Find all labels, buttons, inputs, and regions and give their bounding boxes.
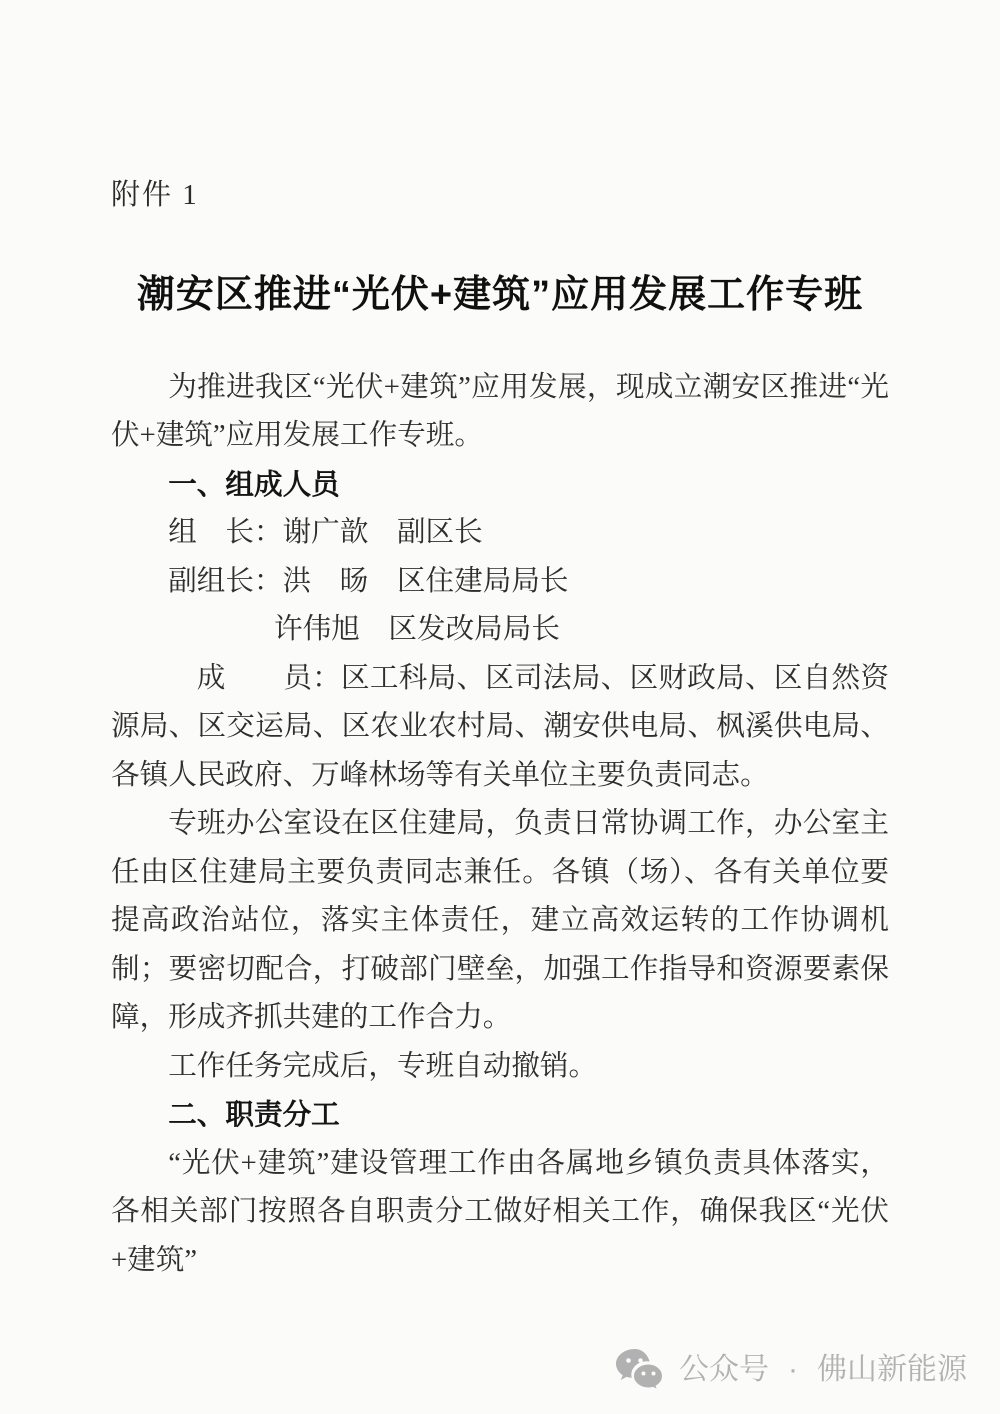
office-paragraph: 专班办公室设在区住建局，负责日常协调工作，办公室主任由区住建局主要负责同志兼任。…: [111, 800, 889, 1043]
wechat-footer-badge: 公众号 · 佛山新能源: [614, 1348, 967, 1392]
document-body: 为推进我区“光伏+建筑”应用发展，现成立潮安区推进“光伏+建筑”应用发展工作专班…: [111, 364, 889, 1286]
duties-paragraph: “光伏+建筑”建设管理工作由各属地乡镇负责具体落实，各相关部门按照各自职责分工做…: [111, 1140, 889, 1286]
deputy-leader-line-2: 许伟旭 区发改局局长: [111, 606, 889, 655]
section-heading-1: 一、组成人员: [111, 461, 889, 510]
wechat-account-label: 公众号: [679, 1355, 769, 1385]
wechat-account-name: 佛山新能源: [817, 1355, 967, 1385]
intro-paragraph: 为推进我区“光伏+建筑”应用发展，现成立潮安区推进“光伏+建筑”应用发展工作专班…: [111, 364, 889, 461]
dissolve-paragraph: 工作任务完成后，专班自动撤销。: [111, 1043, 889, 1092]
footer-separator: ·: [782, 1355, 804, 1385]
document-page: 附件 1 潮安区推进“光伏+建筑”应用发展工作专班 为推进我区“光伏+建筑”应用…: [0, 0, 1000, 1414]
deputy-leader-line-1: 副组长：洪 旸 区住建局局长: [111, 558, 889, 607]
section-heading-2: 二、职责分工: [111, 1091, 889, 1140]
attachment-label: 附件 1: [111, 181, 889, 210]
leader-line: 组 长：谢广歆 副区长: [111, 509, 889, 558]
wechat-icon: [614, 1348, 666, 1392]
document-title: 潮安区推进“光伏+建筑”应用发展工作专班: [111, 272, 889, 320]
members-paragraph: 成 员：区工科局、区司法局、区财政局、区自然资源局、区交运局、区农业农村局、潮安…: [111, 655, 889, 801]
